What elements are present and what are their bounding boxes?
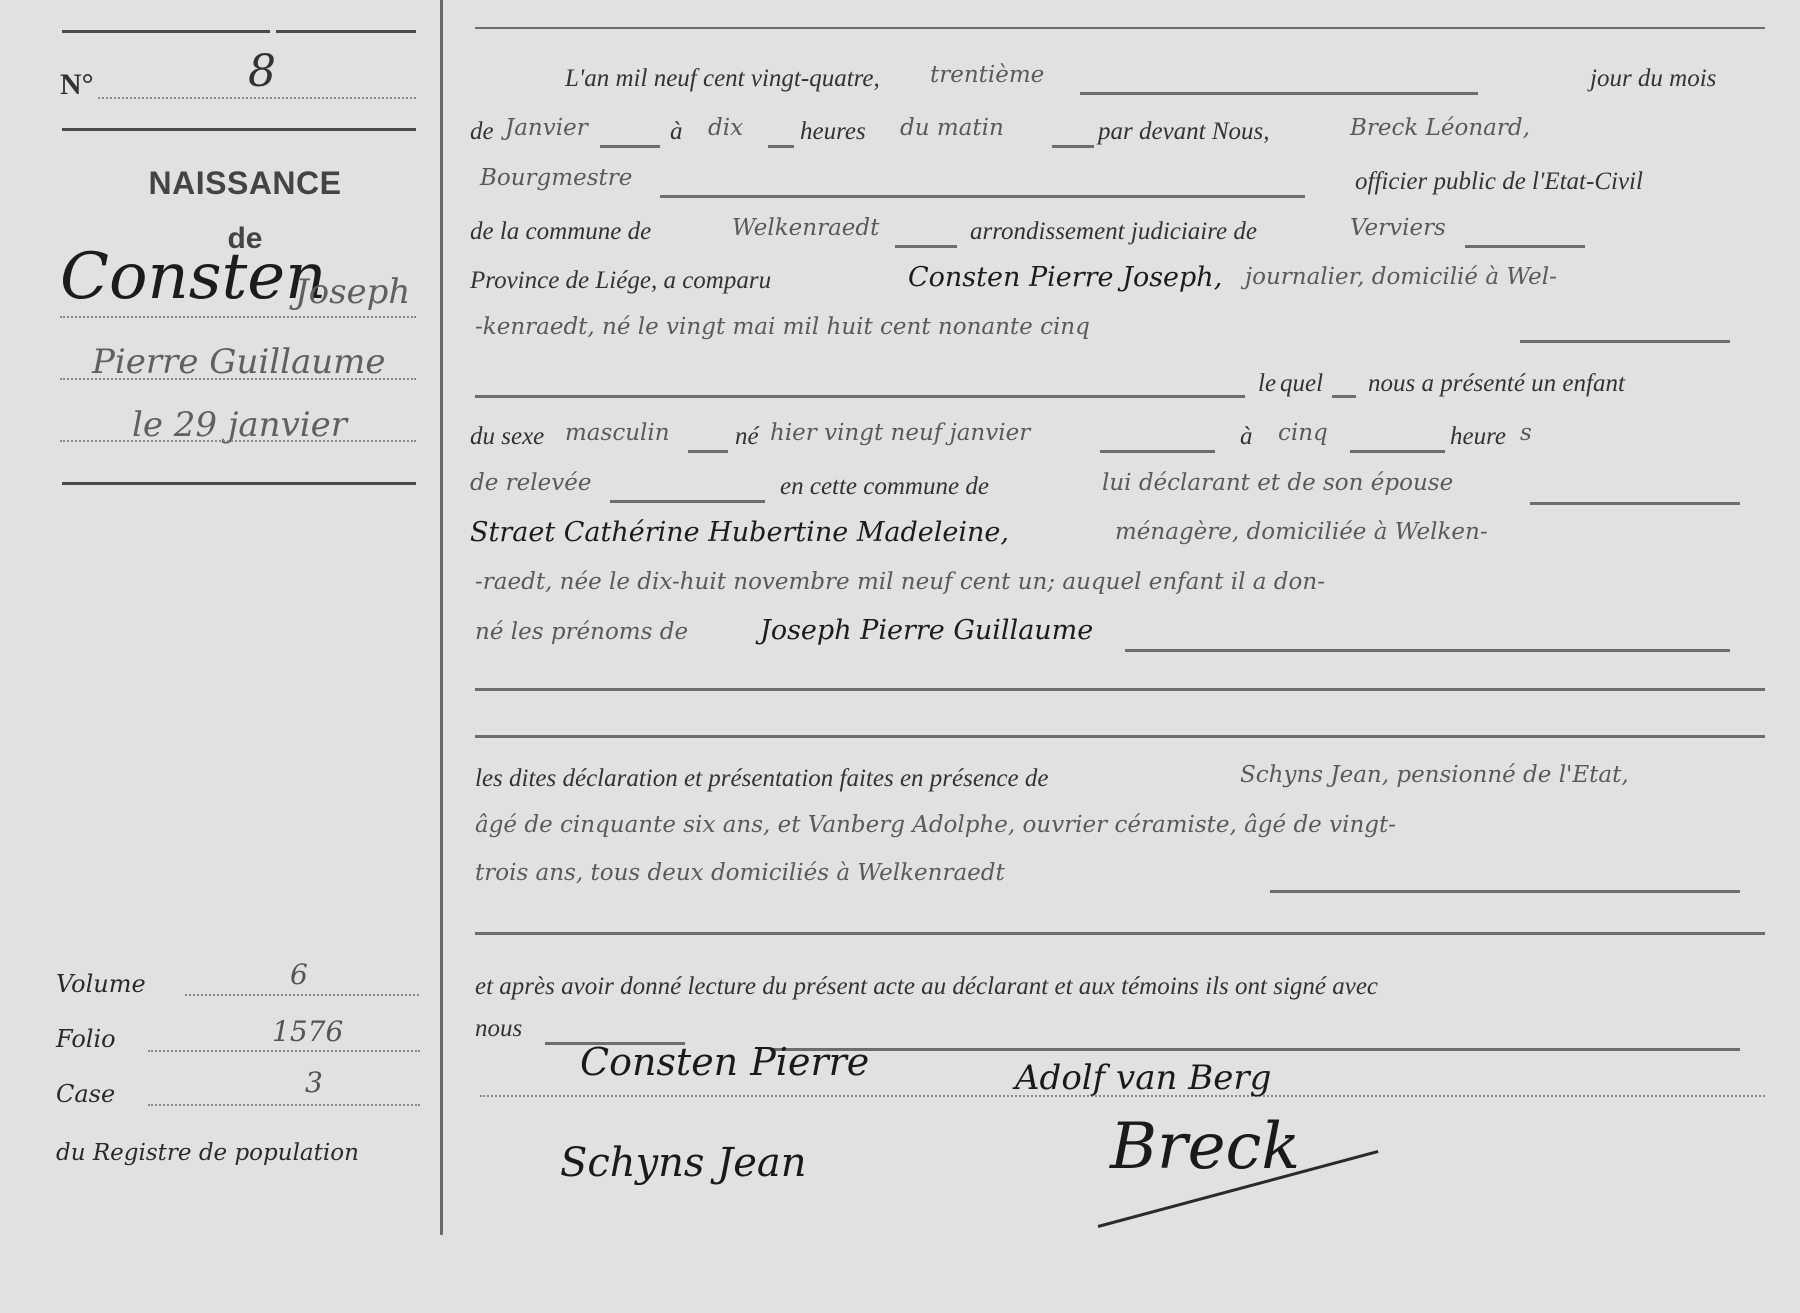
signature-witness-1: Schyns Jean [560,1140,806,1186]
filled-child-given-names: Joseph Pierre Guillaume [760,615,1093,646]
filled-sex: masculin [565,420,670,446]
filled-witness-1: Schyns Jean, pensionné de l'Etat, [1240,762,1629,788]
blank-dash [1100,450,1215,453]
act-line-6: -kenraedt, né le vingt mai mil huit cent… [470,312,1770,358]
signature-declarant: Consten Pierre [580,1040,869,1084]
printed-text: par devant Nous, [1098,118,1270,146]
printed-text: à [670,118,683,146]
margin-given-name-1: Joseph [295,272,410,312]
act-line-14: âgé de cinquante six ans, et Vanberg Ado… [470,810,1770,856]
case-value: 3 [305,1066,323,1099]
act-line-15: trois ans, tous deux domiciliés à Welken… [470,858,1770,904]
blank-dash [1520,340,1730,343]
printed-text: Province de Liége, a comparu [470,267,771,295]
record-number: 8 [248,46,276,97]
filled-parent-relation: lui déclarant et de son épouse [1102,470,1453,496]
blank-dash [1465,245,1585,248]
act-line-2: de Janvier à dix heures du matin par dev… [470,113,1770,159]
act-line-16: et après avoir donné lecture du présent … [470,968,1770,1014]
blank-dash [660,195,1305,198]
margin-surname: Consten [60,240,326,314]
register-footer: du Registre de population [56,1140,359,1166]
printed-text: le [1258,370,1276,398]
printed-text: L'an mil neuf cent vingt-quatre, [565,65,880,93]
folio-value: 1576 [272,1015,343,1048]
volume-label: Volume [56,970,146,998]
filled-plural: s [1520,420,1532,446]
dotted-line [98,97,416,99]
blank-line [475,735,1765,738]
printed-text: de [470,118,494,146]
filled-text: né les prénoms de [475,619,688,645]
margin-birth-date: le 29 janvier [132,405,347,445]
printed-text: du sexe [470,423,544,451]
printed-text: officier public de l'Etat-Civil [1355,168,1643,196]
dotted-line [60,378,416,380]
column-divider [440,0,443,1235]
case-label: Case [56,1080,115,1108]
filled-birth-hour: cinq [1278,420,1328,446]
dotted-line [148,1104,420,1106]
filled-month: Janvier [505,115,588,141]
printed-text: quel [1280,370,1323,398]
printed-text: et après avoir donné lecture du présent … [475,973,1378,1001]
filled-witness-residence: trois ans, tous deux domiciliés à Welken… [475,860,1005,886]
filled-declarant-occupation: journalier, domicilié à Wel- [1245,264,1557,290]
act-line-7: le quel nous a présenté un enfant [470,365,1770,411]
filled-day: trentième [930,62,1044,88]
blank-line [475,932,1765,935]
filled-officer-title: Bourgmestre [480,165,632,191]
blank-dash [770,1048,1740,1051]
filled-time-of-day: du matin [900,115,1004,141]
blank-dash [768,145,794,148]
printed-text: nous [475,1015,522,1043]
act-line-9: de relevée en cette commune de lui décla… [470,468,1770,514]
filled-witness-2: âgé de cinquante six ans, et Vanberg Ado… [475,812,1396,838]
signature-officer: Breck [1110,1110,1300,1184]
act-line-1: L'an mil neuf cent vingt-quatre, trentiè… [470,60,1770,106]
blank-dash [895,245,957,248]
filled-hour: dix [708,115,743,141]
printed-text: arrondissement judiciaire de [970,218,1257,246]
act-line-8: du sexe masculin né hier vingt neuf janv… [470,418,1770,464]
act-line-11: -raedt, née le dix-huit novembre mil neu… [470,567,1770,613]
filled-commune: Welkenraedt [732,215,879,241]
dotted-line [185,994,419,996]
top-rule [276,30,416,33]
blank-dash [1052,145,1094,148]
printed-text: jour du mois [1590,65,1716,93]
printed-text: les dites déclaration et présentation fa… [475,765,1048,793]
dotted-line [60,440,416,442]
volume-value: 6 [290,958,308,991]
act-line-10: Straet Cathérine Hubertine Madeleine, mé… [470,517,1770,563]
signature-witness-2: Adolf van Berg [1015,1058,1271,1098]
filled-mother-name: Straet Cathérine Hubertine Madeleine, [470,517,1009,548]
birth-record-page: N° 8 NAISSANCE de Consten Joseph Pierre … [0,0,1800,1313]
blank-dash [1125,649,1730,652]
act-line-4: de la commune de Welkenraedt arrondissem… [470,213,1770,259]
act-line-3: Bourgmestre officier public de l'Etat-Ci… [470,163,1770,209]
rule [62,482,416,485]
blank-dash [1350,450,1445,453]
blank-line [475,688,1765,691]
rule [62,128,416,131]
printed-text: de la commune de [470,218,651,246]
filled-mother-birth: -raedt, née le dix-huit novembre mil neu… [475,569,1325,595]
filled-district: Verviers [1350,215,1446,241]
dotted-line [148,1050,420,1052]
filled-declarant-birth: -kenraedt, né le vingt mai mil huit cent… [475,314,1090,340]
act-line-13: les dites déclaration et présentation fa… [470,760,1770,806]
printed-text: heures [800,118,866,146]
dotted-line [60,316,416,318]
margin-given-name-2: Pierre Guillaume [92,342,386,382]
record-type-heading: NAISSANCE [60,165,430,202]
filled-birth-date: hier vingt neuf janvier [770,420,1030,446]
printed-text: à [1240,423,1253,451]
number-label: N° [60,68,94,102]
top-line [475,27,1765,29]
filled-time-period: de relevée [470,470,591,496]
act-line-5: Province de Liége, a comparu Consten Pie… [470,262,1770,308]
printed-text: né [735,423,759,451]
blank-dash [688,450,728,453]
filled-mother-occupation: ménagère, domiciliée à Welken- [1115,519,1488,545]
filled-declarant-name: Consten Pierre Joseph, [908,262,1222,293]
top-rule [62,30,270,33]
folio-label: Folio [56,1025,116,1053]
filled-officer-name: Breck Léonard, [1350,115,1530,141]
blank-dash [1530,502,1740,505]
blank-dash [1080,92,1478,95]
blank-dash [610,500,765,503]
blank-dash [600,145,660,148]
printed-text: heure [1450,423,1506,451]
blank-dash [475,395,1245,398]
printed-text: nous a présenté un enfant [1368,370,1625,398]
blank-dash [1332,395,1356,398]
blank-dash [1270,890,1740,893]
act-line-12: né les prénoms de Joseph Pierre Guillaum… [470,617,1770,663]
printed-text: en cette commune de [780,473,989,501]
